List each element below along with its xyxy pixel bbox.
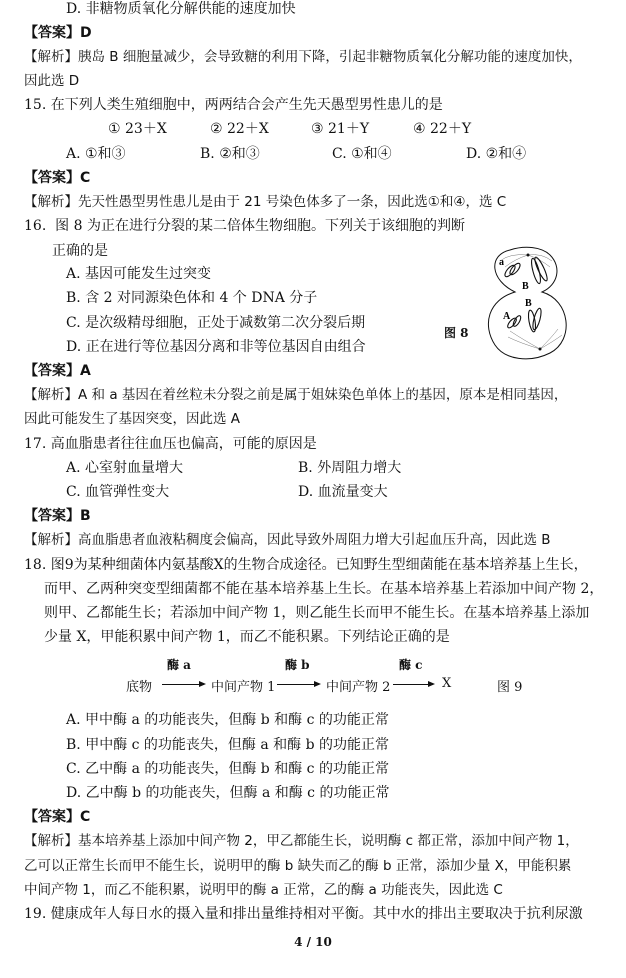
- answer-tag: 【答案】: [24, 809, 80, 825]
- question-stem: 图 8 为正在进行分裂的某二倍体生物细胞。下列关于该细胞的判断: [55, 218, 465, 234]
- q17-option-b: B. 外周阻力增大: [298, 459, 401, 477]
- q16-stem-line-2: 正确的是: [52, 242, 108, 260]
- label-A: A: [503, 311, 511, 322]
- q18-option-c: C. 乙中酶 a 的功能丧失，但酶 b 和酶 c 的功能正常: [66, 760, 389, 778]
- answer-value: A: [80, 363, 91, 379]
- q18-stem-line-3: 则甲、乙都能生长；若添加中间产物 1，则乙能生长而甲不能生长。在基本培养基上添加: [44, 604, 589, 622]
- dividing-cell-illustration: a B A B: [470, 245, 580, 360]
- analysis-tag: 【解析】: [24, 49, 78, 65]
- analysis-text: A 和 a 基因在着丝粒未分裂之前是属于姐妹染色单体上的基因，原本是相同基因，: [78, 387, 567, 403]
- question-number: 18.: [24, 557, 46, 573]
- arrow-icon: [393, 684, 433, 685]
- q14-answer: 【答案】D: [24, 24, 92, 42]
- q18-answer: 【答案】C: [24, 808, 90, 826]
- q15-item-1: ① 23＋X: [108, 120, 167, 138]
- enzyme-a-label: 酶 a: [167, 656, 191, 673]
- q17-analysis: 【解析】高血脂患者血液粘稠度会偏高，因此导致外周阻力增大引起血压升高，因此选 B: [24, 531, 551, 549]
- q18-option-b: B. 甲中酶 c 的功能丧失，但酶 a 和酶 b 的功能正常: [66, 736, 389, 754]
- q16-option-d: D. 正在进行等位基因分离和非等位基因自由组合: [66, 338, 366, 356]
- q18-analysis-line-1: 【解析】基本培养基上添加中间产物 2，甲乙都能生长，说明酶 c 都正常，添加中间…: [24, 832, 579, 850]
- analysis-text: 胰岛 B 细胞量减少，会导致糖的利用下降，引起非糖物质氧化分解功能的速度加快，: [78, 49, 582, 65]
- answer-tag: 【答案】: [24, 363, 80, 379]
- analysis-text: 高血脂患者血液粘稠度会偏高，因此导致外周阻力增大引起血压升高，因此选 B: [78, 532, 551, 548]
- q16-analysis-line-2: 因此可能发生了基因突变，因此选 A: [24, 410, 240, 428]
- question-stem: 高血脂患者往往血压也偏高，可能的原因是: [51, 436, 317, 452]
- q15-answer: 【答案】C: [24, 169, 90, 187]
- q14-analysis-line-2: 因此选 D: [24, 72, 79, 90]
- q15-analysis: 【解析】先天性愚型男性患儿是由于 21 号染色体多了一条，因此选①和④，选 C: [24, 193, 506, 211]
- q14-analysis-line-1: 【解析】胰岛 B 细胞量减少，会导致糖的利用下降，引起非糖物质氧化分解功能的速度…: [24, 48, 582, 66]
- q16-analysis-line-1: 【解析】A 和 a 基因在着丝粒未分裂之前是属于姐妹染色单体上的基因，原本是相同…: [24, 386, 567, 404]
- enzyme-c-label: 酶 c: [399, 656, 423, 673]
- q16-option-c: C. 是次级精母细胞，正处于减数第二次分裂后期: [66, 314, 365, 332]
- q15-option-d: D. ②和④: [466, 145, 526, 163]
- q16-option-a: A. 基因可能发生过突变: [66, 265, 211, 283]
- q16-option-b: B. 含 2 对同源染色体和 4 个 DNA 分子: [66, 289, 317, 307]
- question-number: 15.: [24, 97, 46, 113]
- answer-tag: 【答案】: [24, 25, 80, 41]
- node-intermediate-2: 中间产物 2: [326, 676, 390, 695]
- q18-stem-line-2: 而甲、乙两种突变型细菌都不能在基本培养基上生长。在基本培养基上若添加中间产物 2…: [44, 580, 603, 598]
- q18-stem-line-4: 少量 X，甲能积累中间产物 1，而乙不能积累。下列结论正确的是: [44, 628, 450, 646]
- question-stem: 在下列人类生殖细胞中，两两结合会产生先天愚型男性患儿的是: [51, 97, 443, 113]
- q17-option-a: A. 心室射血量增大: [66, 459, 183, 477]
- question-number: 19.: [24, 906, 46, 922]
- q16-answer: 【答案】A: [24, 362, 91, 380]
- analysis-tag: 【解析】: [24, 833, 78, 849]
- figure-8-caption: 图 8: [444, 324, 469, 342]
- q17-stem: 17. 高血脂患者往往血压也偏高，可能的原因是: [24, 435, 317, 453]
- label-b-bottom: B: [525, 298, 532, 309]
- q15-item-2: ② 22＋X: [210, 120, 269, 138]
- label-b-top: B: [522, 281, 529, 292]
- analysis-tag: 【解析】: [24, 387, 78, 403]
- q15-option-c: C. ①和④: [332, 145, 392, 163]
- analysis-text: 基本培养基上添加中间产物 2，甲乙都能生长，说明酶 c 都正常，添加中间产物 1…: [78, 833, 579, 849]
- q15-option-b: B. ②和③: [200, 145, 260, 163]
- q16-stem-line-1: 16. 图 8 为正在进行分裂的某二倍体生物细胞。下列关于该细胞的判断: [24, 217, 465, 235]
- analysis-text: 先天性愚型男性患儿是由于 21 号染色体多了一条，因此选①和④，选 C: [78, 194, 506, 210]
- label-a: a: [499, 257, 504, 268]
- answer-value: C: [80, 170, 90, 186]
- page-number: 4 / 10: [0, 935, 626, 949]
- q18-stem-line-1: 18. 图9为某种细菌体内氨基酸X的生物合成途径。已知野生型细菌能在基本培养基上…: [24, 556, 588, 574]
- answer-tag: 【答案】: [24, 508, 80, 524]
- question-stem: 图9为某种细菌体内氨基酸X的生物合成途径。已知野生型细菌能在基本培养基上生长，: [51, 557, 588, 573]
- question-stem: 健康成年人每日水的摄入量和排出量维持相对平衡。其中水的排出主要取决于抗利尿激: [51, 906, 583, 922]
- q18-option-a: A. 甲中酶 a 的功能丧失，但酶 b 和酶 c 的功能正常: [66, 711, 389, 729]
- answer-value: D: [80, 25, 92, 41]
- figure-9-pathway: 酶 a 酶 b 酶 c 底物 中间产物 1 中间产物 2 X 图 9: [0, 652, 626, 702]
- arrow-icon: [277, 684, 319, 685]
- q17-answer: 【答案】B: [24, 507, 91, 525]
- q19-stem: 19. 健康成年人每日水的摄入量和排出量维持相对平衡。其中水的排出主要取决于抗利…: [24, 905, 583, 923]
- figure-8-cell-diagram: a B A B: [470, 245, 580, 360]
- q15-option-a: A. ①和③: [66, 145, 126, 163]
- answer-tag: 【答案】: [24, 170, 80, 186]
- arrow-icon: [162, 684, 204, 685]
- analysis-tag: 【解析】: [24, 194, 78, 210]
- node-x: X: [442, 676, 451, 691]
- q15-item-3: ③ 21＋Y: [311, 120, 369, 138]
- q18-option-d: D. 乙中酶 b 的功能丧失，但酶 a 和酶 c 的功能正常: [66, 784, 389, 802]
- node-intermediate-1: 中间产物 1: [211, 676, 275, 695]
- question-number: 17.: [24, 436, 46, 452]
- analysis-tag: 【解析】: [24, 532, 78, 548]
- q18-analysis-line-3: 中间产物 1，而乙不能积累，说明甲的酶 a 正常，乙的酶 a 功能丧失，因此选 …: [24, 881, 503, 899]
- answer-value: C: [80, 809, 90, 825]
- q14-option-d: D. 非糖物质氧化分解供能的速度加快: [66, 0, 296, 18]
- q18-analysis-line-2: 乙可以正常生长而甲不能生长，说明甲的酶 b 缺失而乙的酶 b 正常，添加少量 X…: [24, 857, 571, 875]
- answer-value: B: [80, 508, 91, 524]
- q17-option-d: D. 血流量变大: [298, 483, 388, 501]
- question-number: 16.: [24, 218, 46, 234]
- figure-9-caption: 图 9: [497, 676, 522, 695]
- q17-option-c: C. 血管弹性变大: [66, 483, 169, 501]
- node-substrate: 底物: [126, 676, 152, 695]
- q15-item-4: ④ 22＋Y: [413, 120, 471, 138]
- q15-stem: 15. 在下列人类生殖细胞中，两两结合会产生先天愚型男性患儿的是: [24, 96, 443, 114]
- enzyme-b-label: 酶 b: [285, 656, 310, 673]
